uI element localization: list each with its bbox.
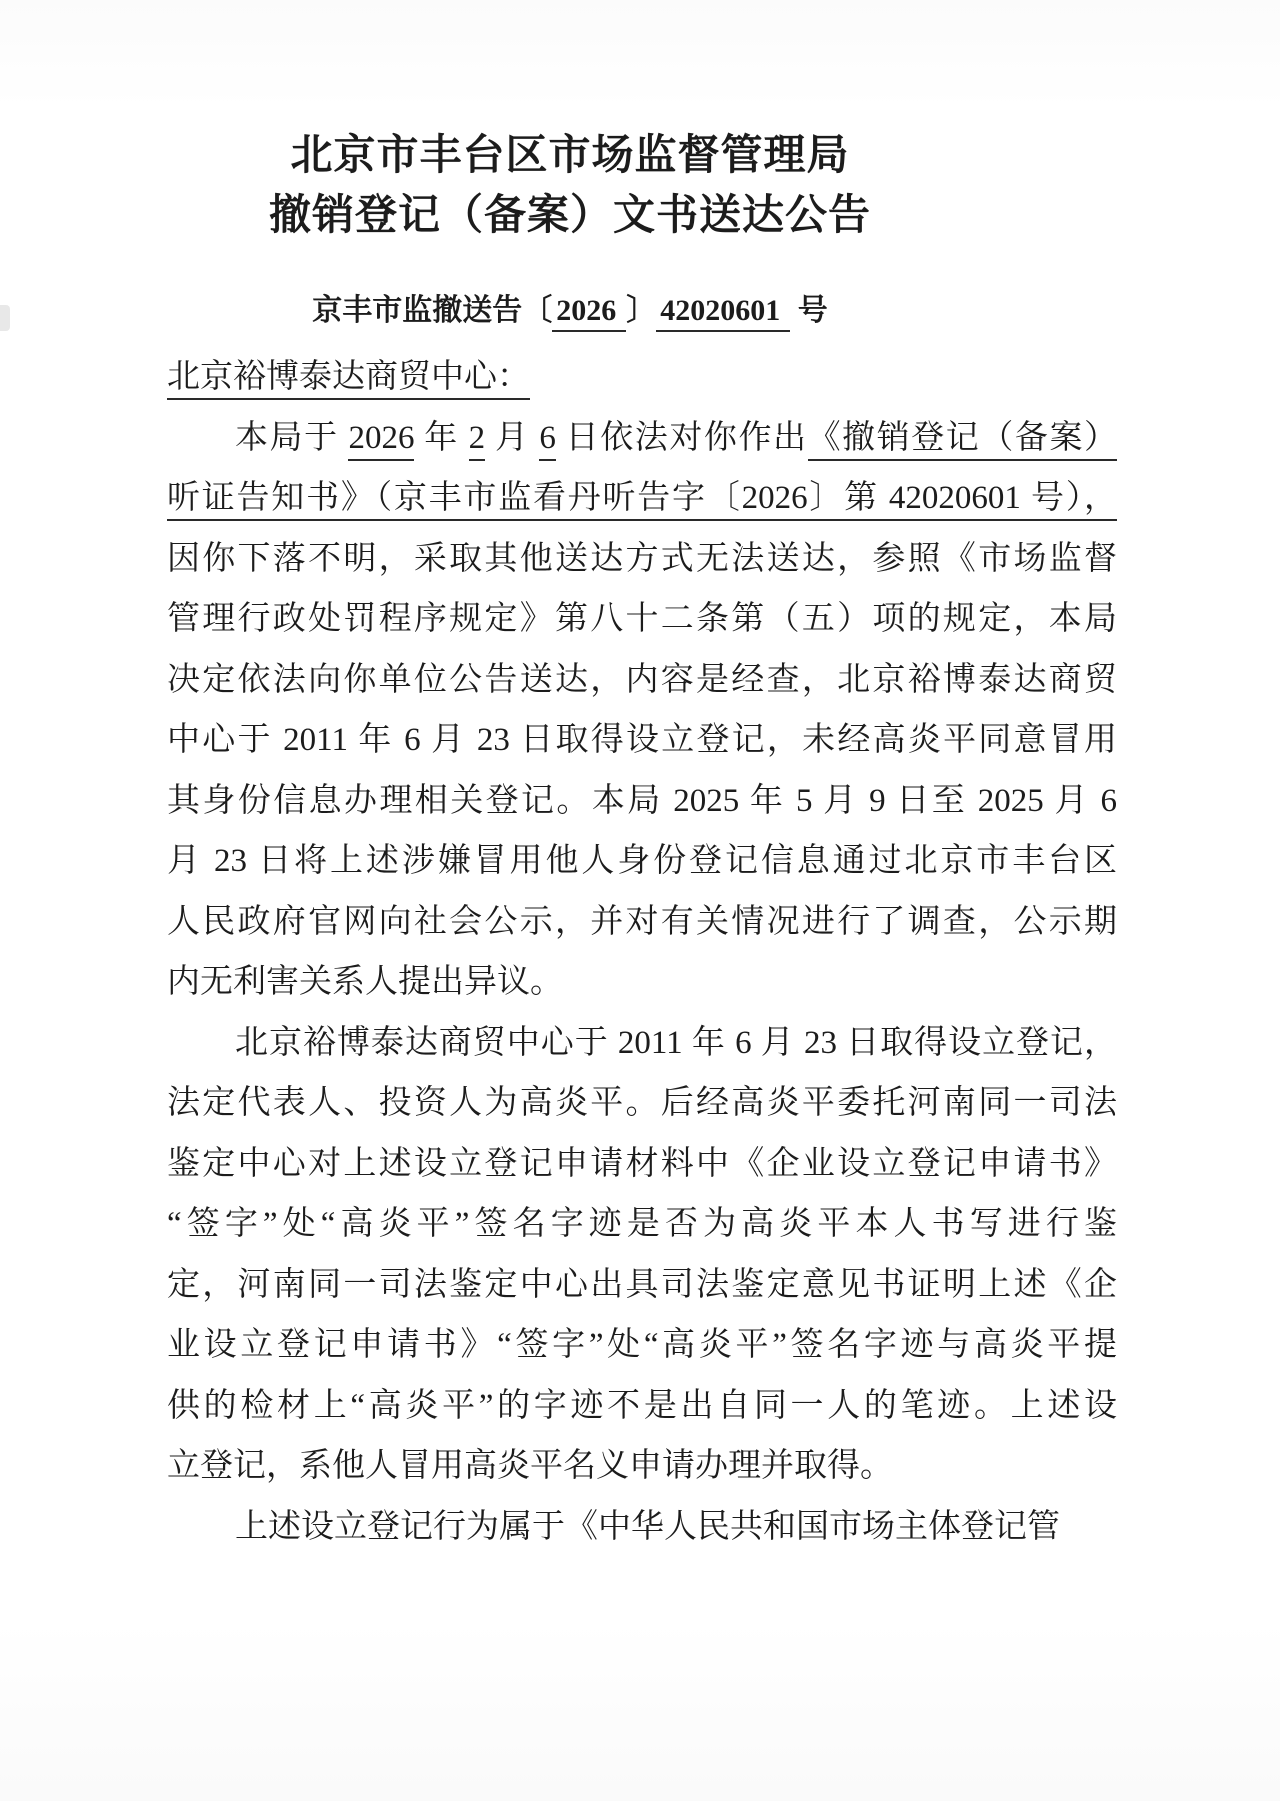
underlined-citation: 听证告知书》（京丰市监看丹听告字〔2026〕第 42020601 号）， (167, 480, 1117, 521)
body-line: 业设立登记申请书》“签字”处“高炎平”签名字迹与高炎平提 (167, 1315, 1117, 1376)
body-line: 管理行政处罚程序规定》第八十二条第（五）项的规定，本局 (167, 589, 1117, 650)
body-line: 定，河南同一司法鉴定中心出具司法鉴定意见书证明上述《企 (167, 1255, 1117, 1316)
body-line: 立登记，系他人冒用高炎平名义申请办理并取得。 (167, 1436, 1117, 1497)
doc-number-prefix: 京丰市监撤送告〔 (312, 294, 552, 327)
body-line: 本局于 2026 年 2 月 6 日依法对你作出《撤销登记（备案） (167, 408, 1117, 469)
text-run: 本局于 (235, 420, 348, 456)
document-title-line-2: 撤销登记（备案）文书送达公告 (0, 186, 1140, 246)
body-line: 上述设立登记行为属于《中华人民共和国市场主体登记管 (167, 1497, 1117, 1558)
body-line: 决定依法向你单位公告送达，内容是经查，北京裕博泰达商贸 (167, 650, 1117, 711)
underlined-day: 6 (539, 420, 556, 461)
body-line: 月 23 日将上述涉嫌冒用他人身份登记信息通过北京市丰台区 (167, 831, 1117, 892)
body-line: “签字”处“高炎平”签名字迹是否为高炎平本人书写进行鉴 (167, 1194, 1117, 1255)
body-line: 供的检材上“高炎平”的字迹不是出自同一人的笔迹。上述设 (167, 1376, 1117, 1437)
underlined-year: 2026 (348, 420, 414, 461)
text-run: 年 (414, 420, 468, 456)
body-line: 鉴定中心对上述设立登记申请材料中《企业设立登记申请书》 (167, 1134, 1117, 1195)
body-line: 北京裕博泰达商贸中心于 2011 年 6 月 23 日取得设立登记， (167, 1013, 1117, 1074)
doc-number-suffix: 号 (798, 294, 828, 327)
scan-edge-artifact (0, 305, 10, 331)
underlined-month: 2 (469, 420, 486, 461)
body-line: 中心于 2011 年 6 月 23 日取得设立登记，未经高炎平同意冒用 (167, 710, 1117, 771)
body-line: 其身份信息办理相关登记。本局 2025 年 5 月 9 日至 2025 月 6 (167, 771, 1117, 832)
addressee-name: 北京裕博泰达商贸中心： (167, 359, 530, 400)
doc-number-close-bracket: 〕 (626, 294, 656, 327)
text-run: 日依法对你作出 (556, 420, 808, 456)
document-body: 北京裕博泰达商贸中心： 本局于 2026 年 2 月 6 日依法对你作出《撤销登… (167, 347, 1117, 1557)
underlined-document-name: 《撤销登记（备案） (808, 420, 1117, 461)
document-title-line-1: 北京市丰台区市场监督管理局 (0, 126, 1140, 186)
document-header: 北京市丰台区市场监督管理局 撤销登记（备案）文书送达公告 京丰市监撤送告〔202… (0, 0, 1280, 331)
body-line: 因你下落不明，采取其他送达方式无法送达，参照《市场监督 (167, 529, 1117, 590)
doc-number-serial: 42020601 (656, 294, 790, 332)
body-line: 法定代表人、投资人为高炎平。后经高炎平委托河南同一司法 (167, 1073, 1117, 1134)
body-line: 听证告知书》（京丰市监看丹听告字〔2026〕第 42020601 号）， (167, 468, 1117, 529)
addressee-line: 北京裕博泰达商贸中心： (167, 347, 1117, 408)
body-line: 人民政府官网向社会公示，并对有关情况进行了调查，公示期 (167, 892, 1117, 953)
scanned-document-page: 北京市丰台区市场监督管理局 撤销登记（备案）文书送达公告 京丰市监撤送告〔202… (0, 0, 1280, 1801)
text-run: 月 (485, 420, 539, 456)
document-number-line: 京丰市监撤送告〔2026〕42020601 号 (0, 291, 1140, 331)
doc-number-year: 2026 (552, 294, 626, 332)
body-line: 内无利害关系人提出异议。 (167, 952, 1117, 1013)
